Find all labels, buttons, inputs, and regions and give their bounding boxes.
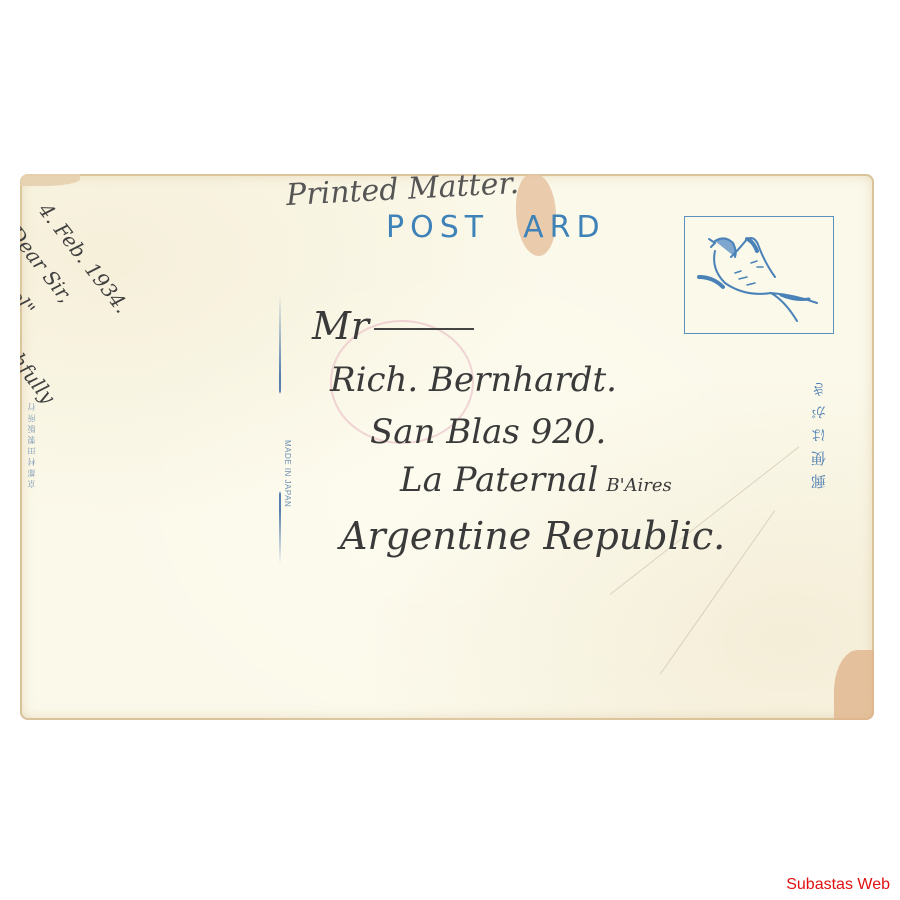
address-district-name: La Paternal (400, 460, 598, 500)
stain (834, 650, 874, 720)
stamp-box (684, 216, 834, 334)
printed-matter-note: Printed Matter. (285, 174, 520, 213)
address-salutation: Mr (312, 304, 369, 348)
post-card-title: POSTARD (386, 210, 606, 245)
title-right: ARD (523, 210, 605, 245)
made-in-japan-label: MADE IN JAPAN (268, 424, 292, 524)
stain (20, 174, 80, 186)
title-left: POST (386, 210, 489, 245)
watermark: Subastas Web (786, 876, 890, 894)
swallow-bird-icon (685, 217, 833, 333)
address-country: Argentine Republic. (340, 514, 725, 558)
address-name: Rich. Bernhardt. (330, 360, 617, 400)
sender-note: 4. Feb. 1934. Dear Sir, "Eddel" Yours Fa… (20, 194, 157, 531)
address-street: San Blas 920. (370, 412, 606, 452)
japanese-postcard-label: 郵便はがき (808, 374, 829, 489)
address-district: La PaternalB'Aires (400, 460, 672, 500)
address-city-note: B'Aires (606, 475, 671, 496)
postcard-back: Printed Matter. POSTARD MADE IN JAPAN 郵便… (20, 174, 874, 720)
